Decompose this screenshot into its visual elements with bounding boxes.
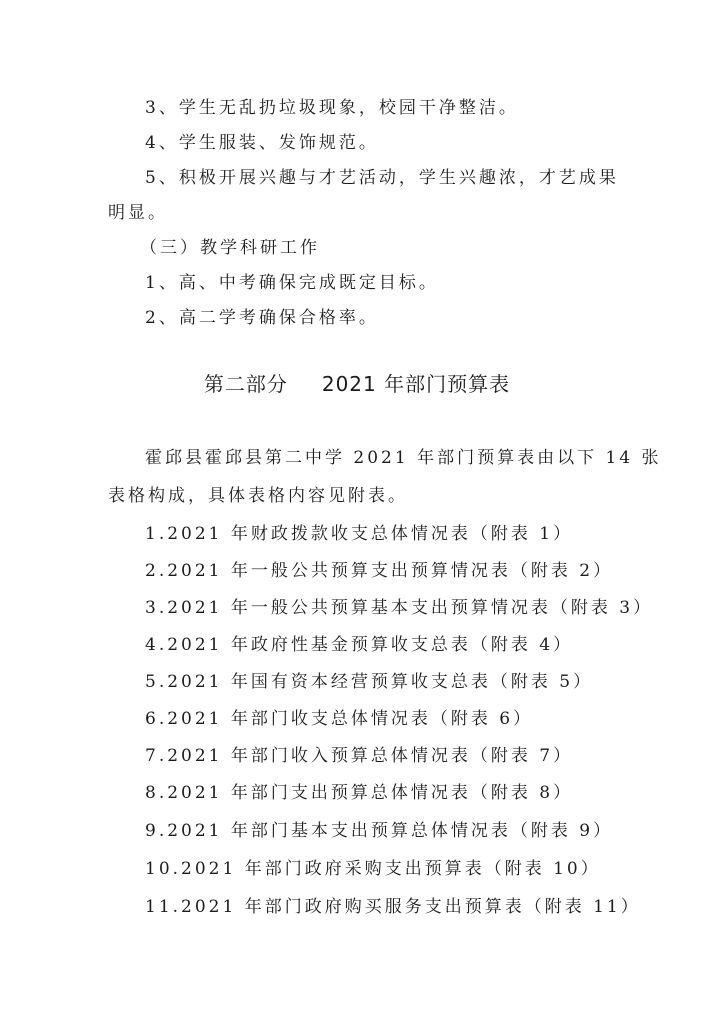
list-item: 5、积极开展兴趣与才艺活动，学生兴趣浓，才艺成果	[145, 167, 619, 189]
list-item: 3、学生无乱扔垃圾现象，校园干净整洁。	[145, 97, 519, 119]
section-title-part: 第二部分	[204, 372, 288, 396]
list-item: 4、学生服装、发饰规范。	[145, 132, 379, 154]
section-title-text: 2021 年部门预算表	[322, 372, 510, 396]
table-list-item: 3.2021 年一般公共预算基本支出预算情况表（附表 3）	[145, 597, 653, 619]
intro-paragraph-line-2: 表格构成，具体表格内容见附表。	[108, 485, 408, 507]
list-item-continuation: 明显。	[108, 202, 168, 224]
list-item: 1、高、中考确保完成既定目标。	[145, 272, 439, 294]
section-title: 第二部分2021 年部门预算表	[0, 372, 714, 396]
table-list-item: 7.2021 年部门收入预算总体情况表（附表 7）	[145, 745, 573, 767]
document-page: 3、学生无乱扔垃圾现象，校园干净整洁。 4、学生服装、发饰规范。 5、积极开展兴…	[0, 0, 714, 1010]
table-list-item: 11.2021 年部门政府购买服务支出预算表（附表 11）	[145, 896, 641, 918]
table-list-item: 2.2021 年一般公共预算支出预算情况表（附表 2）	[145, 560, 613, 582]
table-list-item: 9.2021 年部门基本支出预算总体情况表（附表 9）	[145, 820, 613, 842]
table-list-item: 5.2021 年国有资本经营预算收支总表（附表 5）	[145, 671, 593, 693]
table-list-item: 6.2021 年部门收支总体情况表（附表 6）	[145, 708, 533, 730]
table-list-item: 4.2021 年政府性基金预算收支总表（附表 4）	[145, 634, 573, 656]
table-list-item: 8.2021 年部门支出预算总体情况表（附表 8）	[145, 782, 573, 804]
list-item: 2、高二学考确保合格率。	[145, 307, 379, 329]
intro-paragraph-line-1: 霍邱县霍邱县第二中学 2021 年部门预算表由以下 14 张	[145, 447, 662, 469]
table-list-item: 1.2021 年财政拨款收支总体情况表（附表 1）	[145, 523, 573, 545]
subheading: （三）教学科研工作	[140, 237, 320, 259]
table-list-item: 10.2021 年部门政府采购支出预算表（附表 10）	[145, 858, 601, 880]
